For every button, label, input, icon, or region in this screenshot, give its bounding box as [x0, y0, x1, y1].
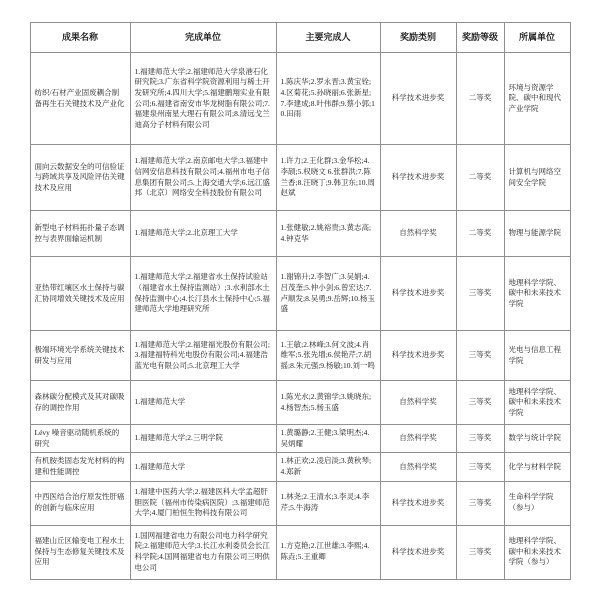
- cell-award-grade: 三等奖: [456, 481, 504, 525]
- table-row: Lévy 噪音驱动随机系统的研究 1.福建师范大学;2.三明学院 1.黄璐静;2…: [30, 425, 570, 453]
- header-main-contributors: 主要完成人: [276, 23, 380, 53]
- cell-main-contributors: 1.许力;2.王化群;3.金华松;4.李颉;5.权晓文 6.张群洪;7.陈兰香;…: [276, 145, 380, 211]
- table-row: 极端环境光学系统关键技术研发与应用 1.福建师范大学;2.福建福光股份有限公司;…: [30, 331, 570, 381]
- cell-affiliated-unit: 计算机与网络空间安全学院: [504, 145, 570, 211]
- cell-achievement-name: 极端环境光学系统关键技术研发与应用: [30, 331, 130, 381]
- cell-achievement-name: 有机胺类固态发光材料的构建和性能调控: [30, 453, 130, 481]
- header-affiliated-unit: 所属单位: [504, 23, 570, 53]
- cell-main-contributors: 1.张健敏;2.姚裕贵;3.黄志高;4.钟克华: [276, 211, 380, 257]
- cell-completing-unit: 1.福建师范大学: [130, 453, 276, 481]
- cell-affiliated-unit: 环境与资源学院、碳中和现代产业学院: [504, 53, 570, 145]
- cell-main-contributors: 1.王敏;2.林峰;3.何文波;4.肖维军;5.张先增;6.侯艳芹;7.胡摇;8…: [276, 331, 380, 381]
- cell-affiliated-unit: 地理科学学院、碳中和未来技术学院: [504, 257, 570, 331]
- table-row: 新型电子材料拓扑量子态调控与表界面输运机制 1.福建师范大学;2.北京理工大学 …: [30, 211, 570, 257]
- cell-completing-unit: 1.国网福建省电力有限公司电力科学研究院;2.福建师范大学;3.长江水利委员会长…: [130, 525, 276, 579]
- cell-completing-unit: 1.福建师范大学;2.三明学院: [130, 425, 276, 453]
- cell-award-grade: 三等奖: [456, 453, 504, 481]
- cell-completing-unit: 1.福建师范大学;2.福建师范大学泉港石化研究院;3.广东省科学院资源利用与稀土…: [130, 53, 276, 145]
- cell-award-grade: 三等奖: [456, 525, 504, 579]
- cell-achievement-name: Lévy 噪音驱动随机系统的研究: [30, 425, 130, 453]
- table-row: 纺织/石材产业固废耦合制备再生石关键技术及产业化 1.福建师范大学;2.福建师范…: [30, 53, 570, 145]
- cell-award-category: 自然科学奖: [380, 381, 456, 425]
- cell-award-category: 科学技术进步奖: [380, 481, 456, 525]
- cell-affiliated-unit: 物理与能源学院: [504, 211, 570, 257]
- cell-main-contributors: 1.林正欢;2.凌启淡;3.黄秋琴;4.郑新: [276, 453, 380, 481]
- cell-completing-unit: 1.福建师范大学;2.福建省水土保持试验站（福建省水土保持监测站）;3.水利部水…: [130, 257, 276, 331]
- cell-completing-unit: 1.福建师范大学;2.北京理工大学: [130, 211, 276, 257]
- cell-achievement-name: 福建山丘区输变电工程水土保持与生态修复关键技术及应用: [30, 525, 130, 579]
- header-award-grade: 奖励等级: [456, 23, 504, 53]
- cell-main-contributors: 1.方克艳;2.江世雄;3.李熙;4.陈垚;5.王重卿: [276, 525, 380, 579]
- cell-award-grade: 二等奖: [456, 53, 504, 145]
- cell-achievement-name: 纺织/石材产业固废耦合制备再生石关键技术及产业化: [30, 53, 130, 145]
- cell-affiliated-unit: 地理科学学院、碳中和未来技术学院（参与）: [504, 525, 570, 579]
- header-award-category: 奖励类别: [380, 23, 456, 53]
- table-row: 面向云数据安全的可信验证与跨域共享及风险评估关键技术及应用 1.福建师范大学;2…: [30, 145, 570, 211]
- cell-award-grade: 三等奖: [456, 425, 504, 453]
- cell-award-grade: 三等奖: [456, 257, 504, 331]
- cell-award-grade: 三等奖: [456, 381, 504, 425]
- cell-completing-unit: 1.福建师范大学;2.福建福光股份有限公司;3.福建福特科光电股份有限公司;4.…: [130, 331, 276, 381]
- cell-award-grade: 二等奖: [456, 211, 504, 257]
- cell-award-category: 自然科学奖: [380, 453, 456, 481]
- cell-award-category: 科学技术进步奖: [380, 257, 456, 331]
- cell-main-contributors: 1.谢锦升;2.李智广;3.吴娟;4.吕茂奎;5.仲小剑;6.曾宏达;7.卢顺发…: [276, 257, 380, 331]
- cell-award-grade: 二等奖: [456, 145, 504, 211]
- cell-achievement-name: 面向云数据安全的可信验证与跨域共享及风险评估关键技术及应用: [30, 145, 130, 211]
- cell-affiliated-unit: 数学与统计学院: [504, 425, 570, 453]
- cell-award-grade: 三等奖: [456, 331, 504, 381]
- header-completing-unit: 完成单位: [130, 23, 276, 53]
- document-page: 成果名称 完成单位 主要完成人 奖励类别 奖励等级 所属单位 纺织/石材产业固废…: [0, 0, 600, 602]
- awards-table: 成果名称 完成单位 主要完成人 奖励类别 奖励等级 所属单位 纺织/石材产业固废…: [30, 22, 571, 580]
- cell-achievement-name: 新型电子材料拓扑量子态调控与表界面输运机制: [30, 211, 130, 257]
- cell-award-category: 自然科学奖: [380, 211, 456, 257]
- cell-award-category: 科学技术进步奖: [380, 53, 456, 145]
- cell-award-category: 科学技术进步奖: [380, 331, 456, 381]
- cell-main-contributors: 1.陈光水;2.黄锦学;3.姚晓东;4.杨智杰;5.杨玉盛: [276, 381, 380, 425]
- cell-main-contributors: 1.林尧;2.王清水;3.李灵;4.李芹;5.牛海涛: [276, 481, 380, 525]
- cell-completing-unit: 1.福建师范大学;2.南京邮电大学;3.福建中信网安信息科技有限公司;4.福州市…: [130, 145, 276, 211]
- cell-award-category: 科学技术进步奖: [380, 145, 456, 211]
- cell-completing-unit: 1.福建师范大学: [130, 381, 276, 425]
- cell-affiliated-unit: 生命科学学院（参与）: [504, 481, 570, 525]
- cell-affiliated-unit: 化学与材料学院: [504, 453, 570, 481]
- table-row: 中西医结合治疗原发性肝癌的创新与临床应用 1.福建中医药大学;2.福建医科大学孟…: [30, 481, 570, 525]
- cell-achievement-name: 亚热带红壤区水土保持与碳汇协同增效关键技术及应用: [30, 257, 130, 331]
- cell-affiliated-unit: 光电与信息工程学院: [504, 331, 570, 381]
- table-row: 森林碳分配模式及其对碳吸存的调控作用 1.福建师范大学 1.陈光水;2.黄锦学;…: [30, 381, 570, 425]
- table-row: 有机胺类固态发光材料的构建和性能调控 1.福建师范大学 1.林正欢;2.凌启淡;…: [30, 453, 570, 481]
- table-body: 纺织/石材产业固废耦合制备再生石关键技术及产业化 1.福建师范大学;2.福建师范…: [30, 53, 570, 580]
- cell-main-contributors: 1.陈庆华;2.罗永晋;3.黄宝铨;4.区菊花;5.孙晓丽;6.张新星;7.李建…: [276, 53, 380, 145]
- cell-affiliated-unit: 地理科学学院、碳中和未来技术学院: [504, 381, 570, 425]
- cell-achievement-name: 中西医结合治疗原发性肝癌的创新与临床应用: [30, 481, 130, 525]
- cell-main-contributors: 1.黄璐静;2.王健;3.梁明杰;4.吴炳耀: [276, 425, 380, 453]
- cell-award-category: 科学技术进步奖: [380, 525, 456, 579]
- header-row: 成果名称 完成单位 主要完成人 奖励类别 奖励等级 所属单位: [30, 23, 570, 53]
- cell-award-category: 自然科学奖: [380, 425, 456, 453]
- table-row: 福建山丘区输变电工程水土保持与生态修复关键技术及应用 1.国网福建省电力有限公司…: [30, 525, 570, 579]
- table-row: 亚热带红壤区水土保持与碳汇协同增效关键技术及应用 1.福建师范大学;2.福建省水…: [30, 257, 570, 331]
- cell-achievement-name: 森林碳分配模式及其对碳吸存的调控作用: [30, 381, 130, 425]
- header-achievement-name: 成果名称: [30, 23, 130, 53]
- cell-completing-unit: 1.福建中医药大学;2.福建医科大学孟超肝胆医院（福州市传染病医院）;3.福建师…: [130, 481, 276, 525]
